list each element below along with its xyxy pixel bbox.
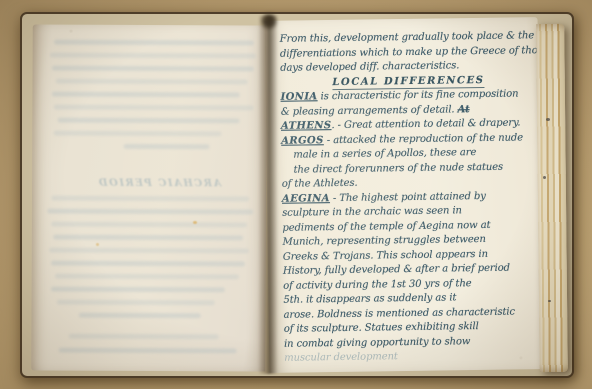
ghost-ink-line [55,274,239,280]
ghost-ink-line [53,235,243,241]
ghost-ink-line [79,313,201,319]
ghost-ink-line [50,53,256,59]
ghost-ink-line [47,209,253,215]
stacked-page-edges [536,24,568,372]
ghost-ink-line [69,334,219,340]
ghost-ink-line [54,105,254,111]
page-edge-speck [548,300,551,302]
ghost-ink-line [124,144,210,149]
ghost-ink-line [51,222,247,228]
page-edge-speck [546,118,550,121]
spine-notch [262,14,276,28]
page-edge-speck [543,176,546,179]
ghost-ink-line [51,287,225,293]
ghost-ink-line [58,118,240,124]
ghost-ink-line [54,40,254,46]
ghost-heading-archaic-period: ARCHAIC PERIOD [97,178,221,190]
ghost-ink-line [51,196,249,202]
ghost-ink-line [52,92,240,98]
ghost-ink-line [56,79,248,85]
ghost-ink-line [54,131,222,137]
ghost-ink-line [57,300,215,306]
ghost-ink-line [51,261,245,267]
ghost-ink-line [59,348,237,354]
ghost-ink-line [49,248,249,254]
right-page-handwriting: From this, development gradually took pl… [280,29,541,366]
ghost-ink-line [52,66,254,72]
photograph-of-notebook: { "scene": { "subject": "Open handwritte… [0,0,592,389]
